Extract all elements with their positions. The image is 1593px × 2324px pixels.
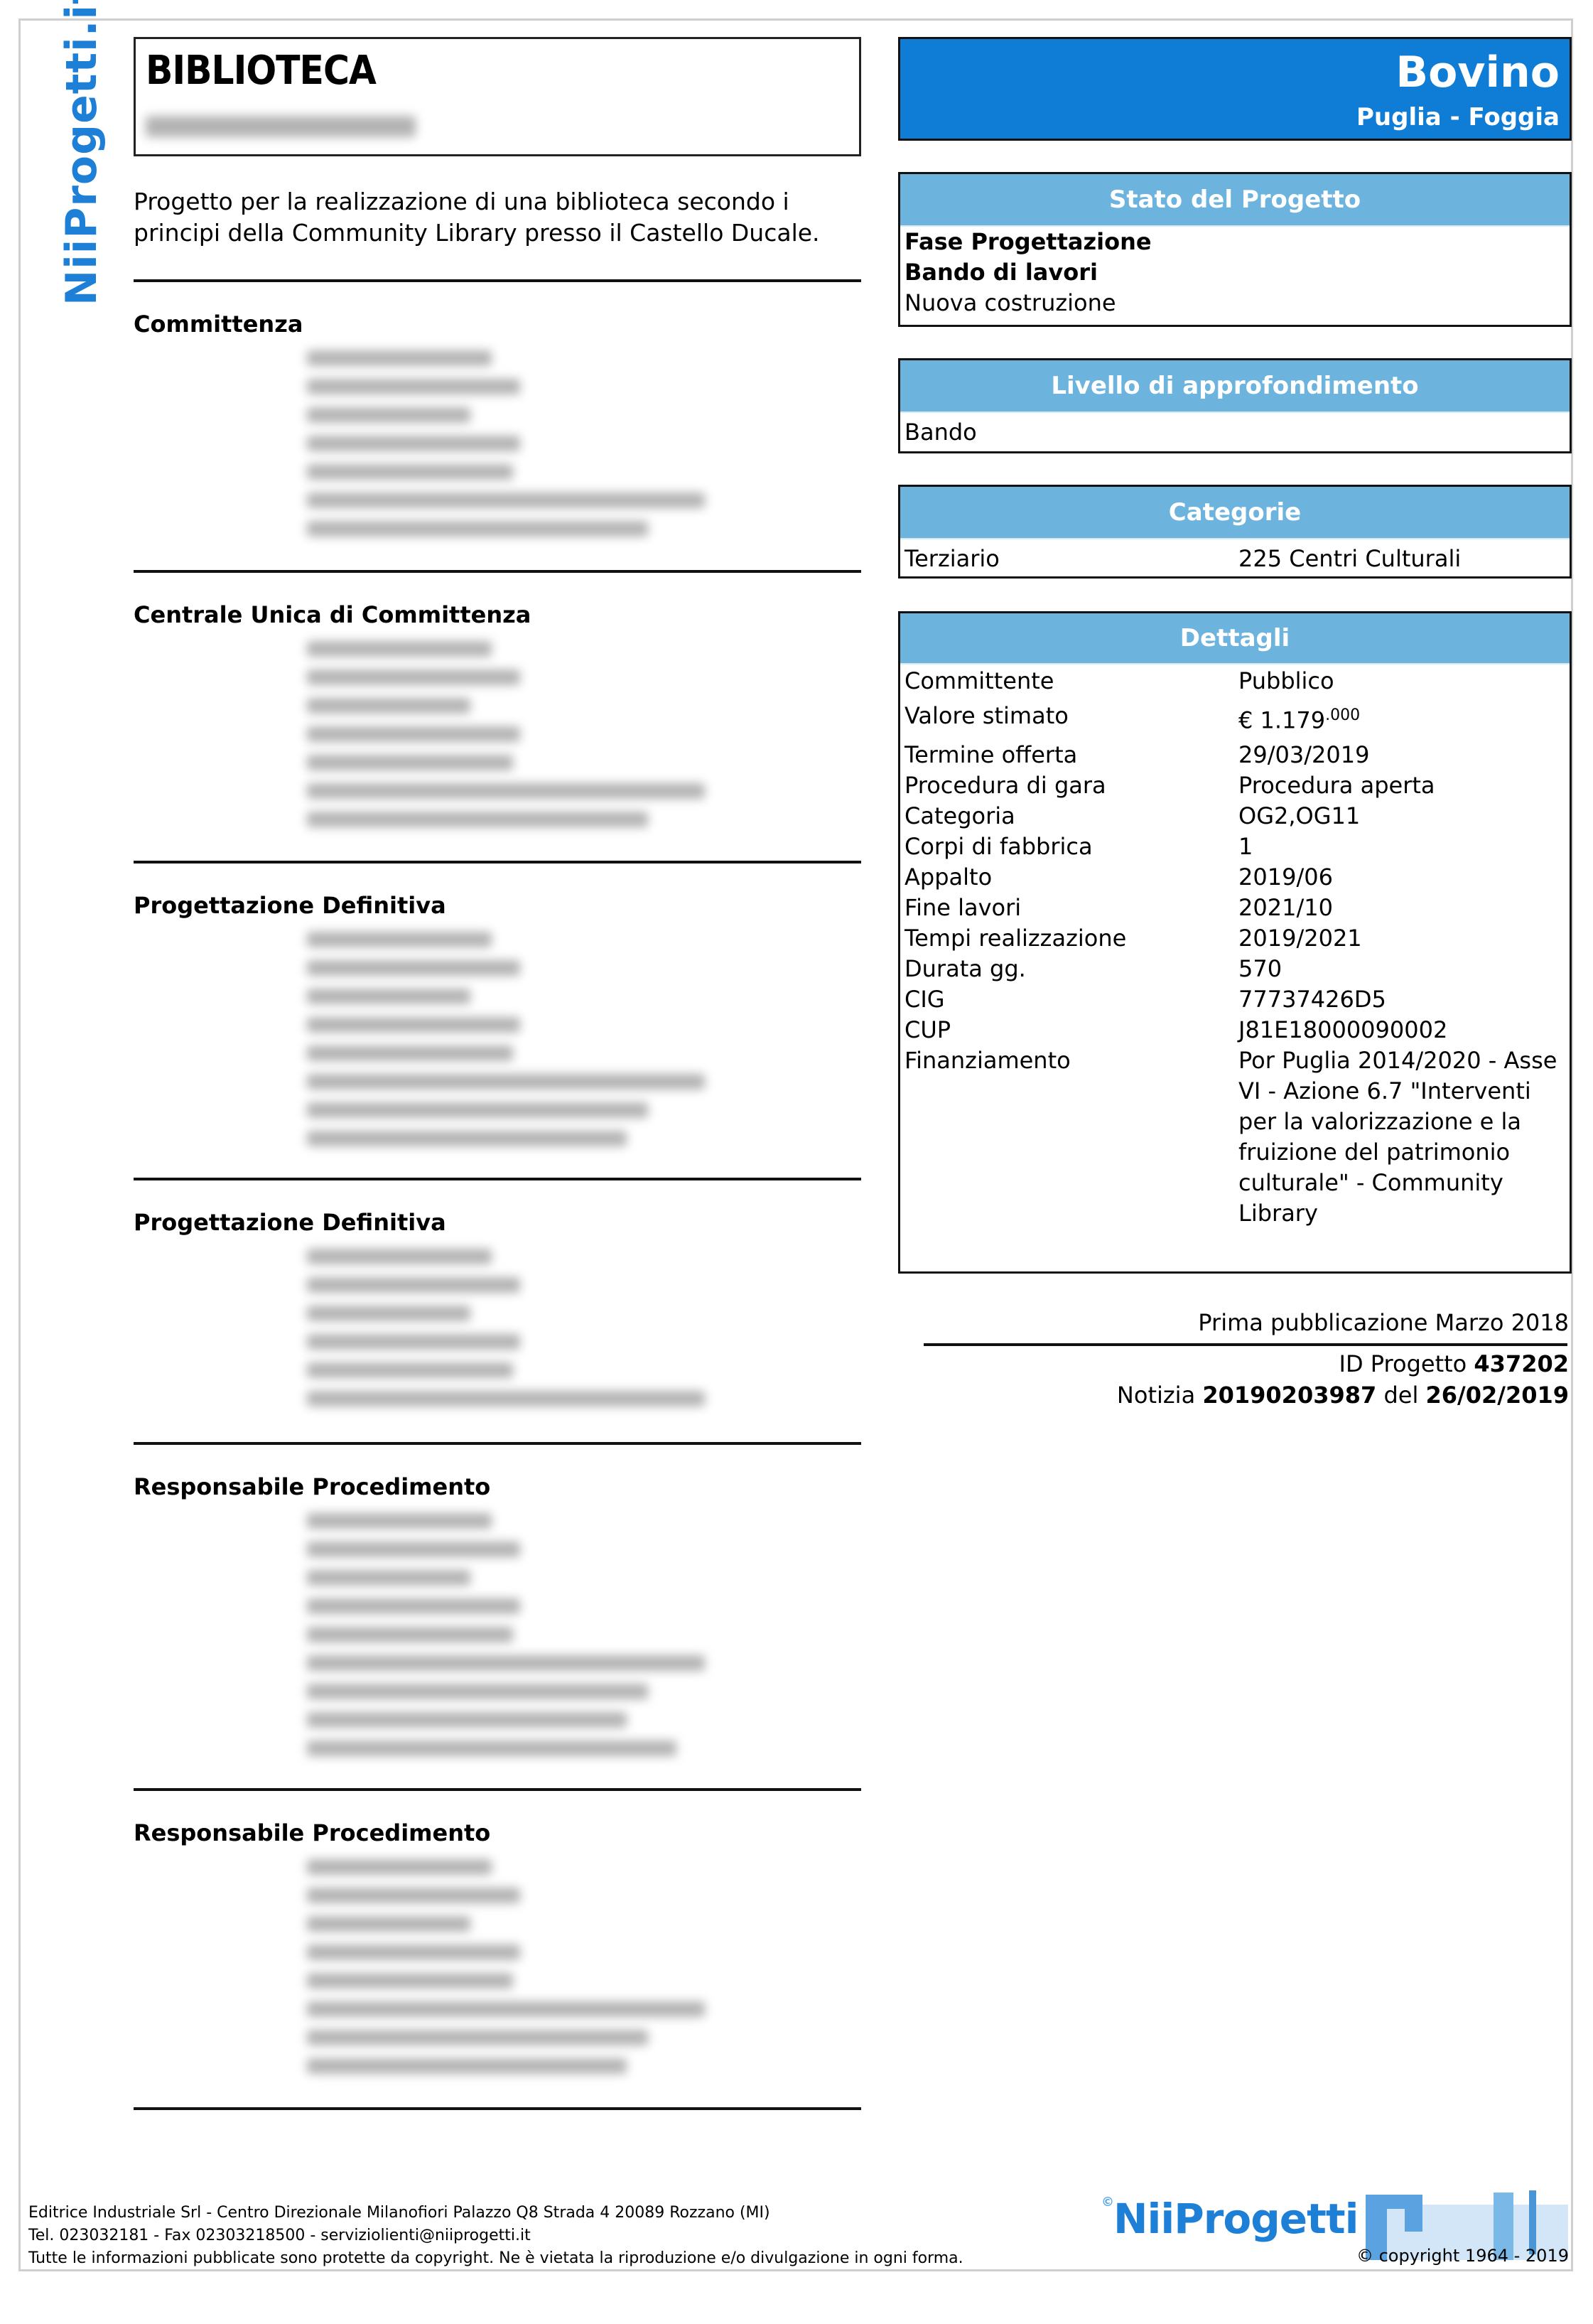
dettagli-value: 29/03/2019 [1238,740,1570,770]
redacted-contact-line [307,1334,520,1350]
redacted-contact-line [307,1741,676,1756]
livello-box: Livello di approfondimento Bando [898,358,1572,453]
dettagli-label: Committente [904,666,1238,696]
redacted-contact-line [307,783,705,799]
footer-disclaimer: Tutte le informazioni pubblicate sono pr… [28,2247,963,2270]
section-divider [134,570,861,573]
section-divider [134,861,861,864]
dettagli-value: 1 [1238,832,1570,862]
project-description: Progetto per la realizzazione di una bib… [134,186,865,249]
redacted-contact-line [307,493,705,508]
dettagli-row: Durata gg.570 [900,954,1570,984]
redacted-contact-line [307,989,470,1004]
redacted-contact-line [307,1627,513,1642]
dettagli-value: J81E18000090002 [1238,1015,1570,1045]
redacted-contact-line [307,1277,520,1293]
section-divider [134,279,861,282]
categorie-box: Categorie Terziario 225 Centri Culturali [898,485,1572,579]
redacted-contact-line [307,1045,513,1061]
dettagli-row: CUPJ81E18000090002 [900,1015,1570,1045]
redacted-contact-line [307,960,520,976]
dettagli-row: FinanziamentoPor Puglia 2014/2020 - Asse… [900,1045,1570,1229]
copyright-notice: © copyright 1964 - 2019 [1356,2246,1569,2266]
redacted-contact-line [307,932,492,947]
livello-value: Bando [900,413,1570,451]
categorie-sector: Terziario [904,539,1238,578]
dettagli-label: Finanziamento [904,1045,1238,1229]
redacted-contact-line [307,1570,470,1586]
publication-divider [924,1343,1567,1346]
dettagli-value: 2019/2021 [1238,923,1570,954]
project-title-box: BIBLIOTECA [134,37,861,156]
side-logo-text: NiiProgetti.it [57,0,107,306]
dettagli-row: Valore stimato€ 1.179.000 [900,696,1570,740]
dettagli-header: Dettagli [900,613,1570,665]
dettagli-row: CIG77737426D5 [900,984,1570,1015]
dettagli-label: Termine offerta [904,740,1238,770]
redacted-contact-line [307,1712,627,1728]
footer-brand: ©NiiProgetti [1101,2195,1358,2243]
categorie-row: Terziario 225 Centri Culturali [900,539,1570,578]
livello-header: Livello di approfondimento [900,360,1570,413]
redacted-contact-line [307,812,648,827]
redacted-contact-line [307,726,520,742]
dettagli-value: 2019/06 [1238,862,1570,893]
dettagli-label: Corpi di fabbrica [904,832,1238,862]
section-heading: Progettazione Definitiva [134,892,446,919]
section-heading: Centrale Unica di Committenza [134,601,531,628]
dettagli-label: Appalto [904,862,1238,893]
dettagli-table: CommittentePubblicoValore stimato€ 1.179… [900,665,1570,1229]
redacted-contact-line [307,1859,492,1875]
redacted-contact-line [307,669,520,685]
dettagli-row: Appalto2019/06 [900,862,1570,893]
stato-tipo: Nuova costruzione [900,288,1570,318]
categorie-header: Categorie [900,487,1570,539]
redacted-contact-line [307,407,470,423]
redacted-contact-line [307,1017,520,1033]
redacted-contact-line [307,698,470,714]
redacted-contact-line [307,1888,520,1903]
section-heading: Committenza [134,311,303,338]
footer-address: Editrice Industriale Srl - Centro Direzi… [28,2202,963,2225]
redacted-address [146,116,416,137]
dettagli-label: CIG [904,984,1238,1015]
dettagli-row: CommittentePubblico [900,666,1570,696]
project-id: ID Progetto 437202 [1339,1350,1569,1377]
redacted-contact-line [307,1102,648,1118]
dettagli-label: Valore stimato [904,696,1238,740]
redacted-contact-line [307,1973,513,1989]
stato-header: Stato del Progetto [900,174,1570,227]
stato-progetto-box: Stato del Progetto Fase Progettazione Ba… [898,172,1572,327]
redacted-contact-line [307,755,513,770]
dettagli-value: Procedura aperta [1238,770,1570,801]
dettagli-value: 2021/10 [1238,893,1570,923]
redacted-contact-line [307,1249,492,1264]
dettagli-label: CUP [904,1015,1238,1045]
redacted-contact-line [307,1513,492,1529]
categorie-category: 225 Centri Culturali [1238,539,1570,578]
dettagli-value: € 1.179.000 [1238,696,1570,740]
footer-contacts: Tel. 023032181 - Fax 02303218500 - servi… [28,2225,963,2247]
section-divider [134,1442,861,1445]
project-title: BIBLIOTECA [146,48,376,94]
section-divider [134,1788,861,1791]
dettagli-value: Pubblico [1238,666,1570,696]
footer-company-info: Editrice Industriale Srl - Centro Direzi… [28,2202,963,2270]
stato-fase: Fase Progettazione [900,227,1570,257]
redacted-contact-line [307,379,520,394]
dettagli-label: Procedura di gara [904,770,1238,801]
redacted-contact-line [307,1074,705,1090]
redacted-contact-line [307,436,520,451]
section-heading: Responsabile Procedimento [134,1473,490,1500]
redacted-contact-line [307,464,513,480]
dettagli-value: OG2,OG11 [1238,801,1570,832]
dettagli-row: CategoriaOG2,OG11 [900,801,1570,832]
redacted-contact-line [307,641,492,657]
dettagli-row: Fine lavori2021/10 [900,893,1570,923]
redacted-contact-line [307,1944,520,1960]
redacted-contact-line [307,2030,648,2045]
dettagli-label: Fine lavori [904,893,1238,923]
section-divider [134,1178,861,1180]
stato-bando: Bando di lavori [900,257,1570,288]
redacted-contact-line [307,1391,705,1406]
redacted-contact-line [307,1916,470,1932]
redacted-contact-line [307,350,492,366]
city-name: Bovino [1395,48,1560,97]
dettagli-value: 570 [1238,954,1570,984]
redacted-contact-line [307,1655,705,1671]
redacted-contact-line [307,1131,627,1146]
section-divider [134,2107,861,2110]
first-publication: Prima pubblicazione Marzo 2018 [1198,1309,1569,1336]
dettagli-row: Tempi realizzazione2019/2021 [900,923,1570,954]
dettagli-label: Durata gg. [904,954,1238,984]
redacted-contact-line [307,1542,520,1557]
redacted-contact-line [307,2058,627,2074]
location-header: Bovino Puglia - Foggia [898,37,1572,141]
value-superscript: .000 [1325,706,1360,724]
redacted-contact-line [307,1684,648,1699]
redacted-contact-line [307,521,648,537]
redacted-contact-line [307,2001,705,2017]
notice-info: Notizia 20190203987 del 26/02/2019 [1117,1382,1569,1409]
region-name: Puglia - Foggia [1356,103,1560,131]
dettagli-label: Tempi realizzazione [904,923,1238,954]
dettagli-row: Corpi di fabbrica1 [900,832,1570,862]
dettagli-box: Dettagli CommittentePubblicoValore stima… [898,611,1572,1274]
section-heading: Progettazione Definitiva [134,1209,446,1236]
section-heading: Responsabile Procedimento [134,1819,490,1846]
dettagli-value: Por Puglia 2014/2020 - Asse VI - Azione … [1238,1045,1570,1229]
dettagli-label: Categoria [904,801,1238,832]
dettagli-value: 77737426D5 [1238,984,1570,1015]
dettagli-row: Termine offerta29/03/2019 [900,740,1570,770]
dettagli-row: Procedura di garaProcedura aperta [900,770,1570,801]
redacted-contact-line [307,1362,513,1378]
redacted-contact-line [307,1306,470,1321]
redacted-contact-line [307,1598,520,1614]
